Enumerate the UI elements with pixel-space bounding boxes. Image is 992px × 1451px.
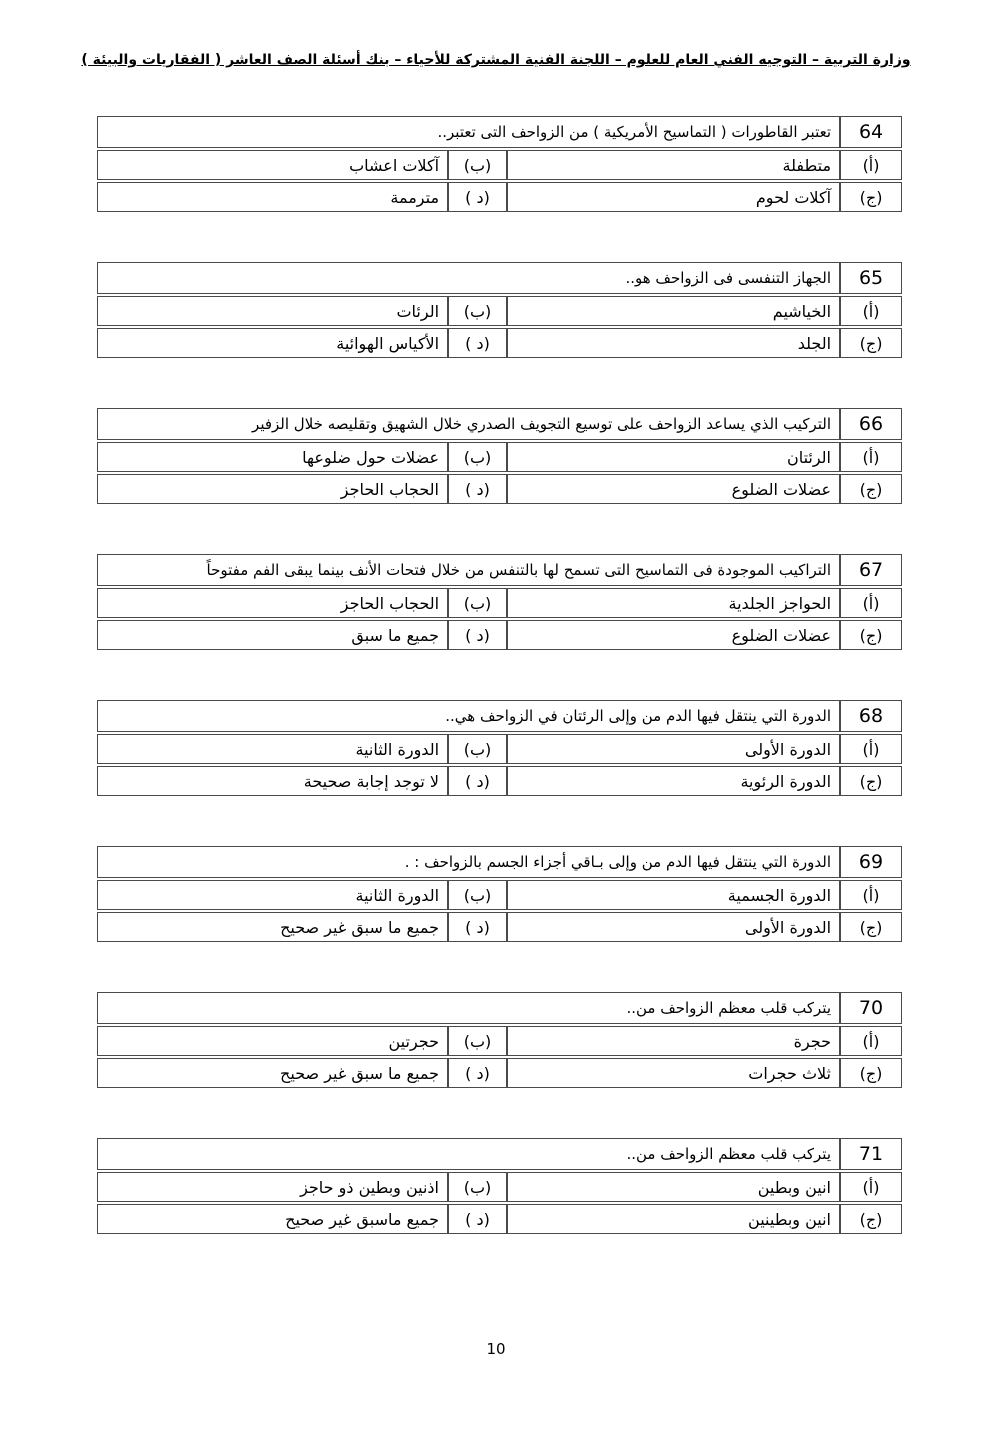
- option-a-text: الرئتان: [507, 442, 840, 472]
- options-row-ab: (أ) الرئتان (ب) عضلات حول ضلوعها: [97, 442, 902, 472]
- options-row-cd: (ج) الدورة الأولى (د ) جميع ما سبق غير ص…: [97, 912, 902, 942]
- option-d-text: مترممة: [97, 182, 448, 212]
- option-label-d: (د ): [448, 1204, 507, 1234]
- option-b-text: اذنين وبطين ذو حاجز: [97, 1172, 448, 1202]
- question-block-65: 65 الجهاز التنفسى فى الزواحف هو.. (أ) ال…: [97, 260, 992, 360]
- option-label-b: (ب): [448, 296, 507, 326]
- option-label-c: (ج): [840, 474, 902, 504]
- question-header-row: 65 الجهاز التنفسى فى الزواحف هو..: [97, 262, 902, 294]
- question-block-68: 68 الدورة التي ينتقل فيها الدم من وإلى ا…: [97, 698, 992, 798]
- question-header-row: 66 التركيب الذي يساعد الزواحف على توسيع …: [97, 408, 902, 440]
- option-label-d: (د ): [448, 620, 507, 650]
- page-number: 10: [0, 1340, 992, 1358]
- option-d-text: جميع ما سبق غير صحيح: [97, 1058, 448, 1088]
- option-label-d: (د ): [448, 474, 507, 504]
- option-c-text: انين وبطينين: [507, 1204, 840, 1234]
- option-c-text: الدورة الرئوية: [507, 766, 840, 796]
- option-label-b: (ب): [448, 880, 507, 910]
- question-table: 71 يتركب قلب معظم الزواحف من.. (أ) انين …: [97, 1136, 902, 1236]
- option-a-text: الحواجز الجلدية: [507, 588, 840, 618]
- option-label-d: (د ): [448, 1058, 507, 1088]
- question-table: 64 تعتبر القاطورات ( التماسيح الأمريكية …: [97, 114, 902, 214]
- option-d-text: جميع ماسبق غير صحيح: [97, 1204, 448, 1234]
- options-row-ab: (أ) الحواجز الجلدية (ب) الحجاب الحاجز: [97, 588, 902, 618]
- option-d-text: لا توجد إجابة صحيحة: [97, 766, 448, 796]
- option-b-text: الدورة الثانية: [97, 734, 448, 764]
- question-header-row: 71 يتركب قلب معظم الزواحف من..: [97, 1138, 902, 1170]
- question-table: 65 الجهاز التنفسى فى الزواحف هو.. (أ) ال…: [97, 260, 902, 360]
- option-b-text: حجرتين: [97, 1026, 448, 1056]
- option-a-text: الدورة الأولى: [507, 734, 840, 764]
- question-block-70: 70 يتركب قلب معظم الزواحف من.. (أ) حجرة …: [97, 990, 992, 1090]
- option-label-a: (أ): [840, 880, 902, 910]
- question-text: الجهاز التنفسى فى الزواحف هو..: [97, 262, 840, 294]
- question-table: 70 يتركب قلب معظم الزواحف من.. (أ) حجرة …: [97, 990, 902, 1090]
- option-a-text: الدورة الجسمية: [507, 880, 840, 910]
- question-header-row: 67 التراكيب الموجودة فى التماسيح التى تس…: [97, 554, 902, 586]
- option-a-text: انين وبطين: [507, 1172, 840, 1202]
- question-text: التراكيب الموجودة فى التماسيح التى تسمح …: [97, 554, 840, 586]
- options-row-cd: (ج) عضلات الضلوع (د ) جميع ما سبق: [97, 620, 902, 650]
- question-number: 65: [840, 262, 902, 294]
- question-number: 64: [840, 116, 902, 148]
- question-table: 69 الدورة التي ينتقل فيها الدم من وإلى ب…: [97, 844, 902, 944]
- document-header-title: وزارة التربية – التوجيه الفني العام للعل…: [20, 48, 972, 72]
- options-row-cd: (ج) الجلد (د ) الأكياس الهوائية: [97, 328, 902, 358]
- question-header-row: 68 الدورة التي ينتقل فيها الدم من وإلى ا…: [97, 700, 902, 732]
- option-label-d: (د ): [448, 328, 507, 358]
- option-label-d: (د ): [448, 912, 507, 942]
- option-label-c: (ج): [840, 182, 902, 212]
- option-label-c: (ج): [840, 1204, 902, 1234]
- question-block-64: 64 تعتبر القاطورات ( التماسيح الأمريكية …: [97, 114, 992, 214]
- question-text: يتركب قلب معظم الزواحف من..: [97, 992, 840, 1024]
- question-header-row: 64 تعتبر القاطورات ( التماسيح الأمريكية …: [97, 116, 902, 148]
- option-label-b: (ب): [448, 588, 507, 618]
- question-header-row: 70 يتركب قلب معظم الزواحف من..: [97, 992, 902, 1024]
- question-text: تعتبر القاطورات ( التماسيح الأمريكية ) م…: [97, 116, 840, 148]
- options-row-ab: (أ) انين وبطين (ب) اذنين وبطين ذو حاجز: [97, 1172, 902, 1202]
- options-row-ab: (أ) الدورة الأولى (ب) الدورة الثانية: [97, 734, 902, 764]
- option-label-a: (أ): [840, 734, 902, 764]
- question-text: التركيب الذي يساعد الزواحف على توسيع الت…: [97, 408, 840, 440]
- option-label-b: (ب): [448, 442, 507, 472]
- option-c-text: عضلات الضلوع: [507, 620, 840, 650]
- question-number: 66: [840, 408, 902, 440]
- option-label-c: (ج): [840, 620, 902, 650]
- option-label-a: (أ): [840, 588, 902, 618]
- options-row-cd: (ج) ثلاث حجرات (د ) جميع ما سبق غير صحيح: [97, 1058, 902, 1088]
- option-label-b: (ب): [448, 1172, 507, 1202]
- question-block-71: 71 يتركب قلب معظم الزواحف من.. (أ) انين …: [97, 1136, 992, 1236]
- option-b-text: عضلات حول ضلوعها: [97, 442, 448, 472]
- options-row-ab: (أ) حجرة (ب) حجرتين: [97, 1026, 902, 1056]
- question-number: 68: [840, 700, 902, 732]
- question-text: الدورة التي ينتقل فيها الدم من وإلى الرئ…: [97, 700, 840, 732]
- option-label-a: (أ): [840, 296, 902, 326]
- option-b-text: الدورة الثانية: [97, 880, 448, 910]
- option-label-d: (د ): [448, 182, 507, 212]
- option-label-d: (د ): [448, 766, 507, 796]
- option-a-text: متطفلة: [507, 150, 840, 180]
- option-d-text: جميع ما سبق: [97, 620, 448, 650]
- options-row-ab: (أ) الخياشيم (ب) الرئات: [97, 296, 902, 326]
- question-header-row: 69 الدورة التي ينتقل فيها الدم من وإلى ب…: [97, 846, 902, 878]
- option-label-b: (ب): [448, 1026, 507, 1056]
- option-c-text: آكلات لحوم: [507, 182, 840, 212]
- option-label-a: (أ): [840, 1172, 902, 1202]
- question-table: 66 التركيب الذي يساعد الزواحف على توسيع …: [97, 406, 902, 506]
- option-label-c: (ج): [840, 912, 902, 942]
- option-label-a: (أ): [840, 150, 902, 180]
- options-row-cd: (ج) آكلات لحوم (د ) مترممة: [97, 182, 902, 212]
- option-b-text: الحجاب الحاجز: [97, 588, 448, 618]
- option-label-a: (أ): [840, 442, 902, 472]
- option-d-text: الأكياس الهوائية: [97, 328, 448, 358]
- option-label-a: (أ): [840, 1026, 902, 1056]
- question-number: 67: [840, 554, 902, 586]
- question-number: 69: [840, 846, 902, 878]
- option-c-text: الجلد: [507, 328, 840, 358]
- option-label-c: (ج): [840, 766, 902, 796]
- document-page: وزارة التربية – التوجيه الفني العام للعل…: [0, 48, 992, 1236]
- question-block-66: 66 التركيب الذي يساعد الزواحف على توسيع …: [97, 406, 992, 506]
- options-row-ab: (أ) متطفلة (ب) آكلات اعشاب: [97, 150, 902, 180]
- option-label-b: (ب): [448, 150, 507, 180]
- question-text: يتركب قلب معظم الزواحف من..: [97, 1138, 840, 1170]
- option-a-text: الخياشيم: [507, 296, 840, 326]
- question-number: 70: [840, 992, 902, 1024]
- option-label-b: (ب): [448, 734, 507, 764]
- question-block-67: 67 التراكيب الموجودة فى التماسيح التى تس…: [97, 552, 992, 652]
- option-label-c: (ج): [840, 328, 902, 358]
- options-row-cd: (ج) عضلات الضلوع (د ) الحجاب الحاجز: [97, 474, 902, 504]
- option-a-text: حجرة: [507, 1026, 840, 1056]
- option-b-text: آكلات اعشاب: [97, 150, 448, 180]
- option-d-text: الحجاب الحاجز: [97, 474, 448, 504]
- options-row-cd: (ج) انين وبطينين (د ) جميع ماسبق غير صحي…: [97, 1204, 902, 1234]
- option-label-c: (ج): [840, 1058, 902, 1088]
- option-c-text: الدورة الأولى: [507, 912, 840, 942]
- option-b-text: الرئات: [97, 296, 448, 326]
- question-block-69: 69 الدورة التي ينتقل فيها الدم من وإلى ب…: [97, 844, 992, 944]
- question-table: 67 التراكيب الموجودة فى التماسيح التى تس…: [97, 552, 902, 652]
- question-table: 68 الدورة التي ينتقل فيها الدم من وإلى ا…: [97, 698, 902, 798]
- option-d-text: جميع ما سبق غير صحيح: [97, 912, 448, 942]
- question-number: 71: [840, 1138, 902, 1170]
- option-c-text: عضلات الضلوع: [507, 474, 840, 504]
- options-row-ab: (أ) الدورة الجسمية (ب) الدورة الثانية: [97, 880, 902, 910]
- option-c-text: ثلاث حجرات: [507, 1058, 840, 1088]
- question-text: الدورة التي ينتقل فيها الدم من وإلى بـاق…: [97, 846, 840, 878]
- options-row-cd: (ج) الدورة الرئوية (د ) لا توجد إجابة صح…: [97, 766, 902, 796]
